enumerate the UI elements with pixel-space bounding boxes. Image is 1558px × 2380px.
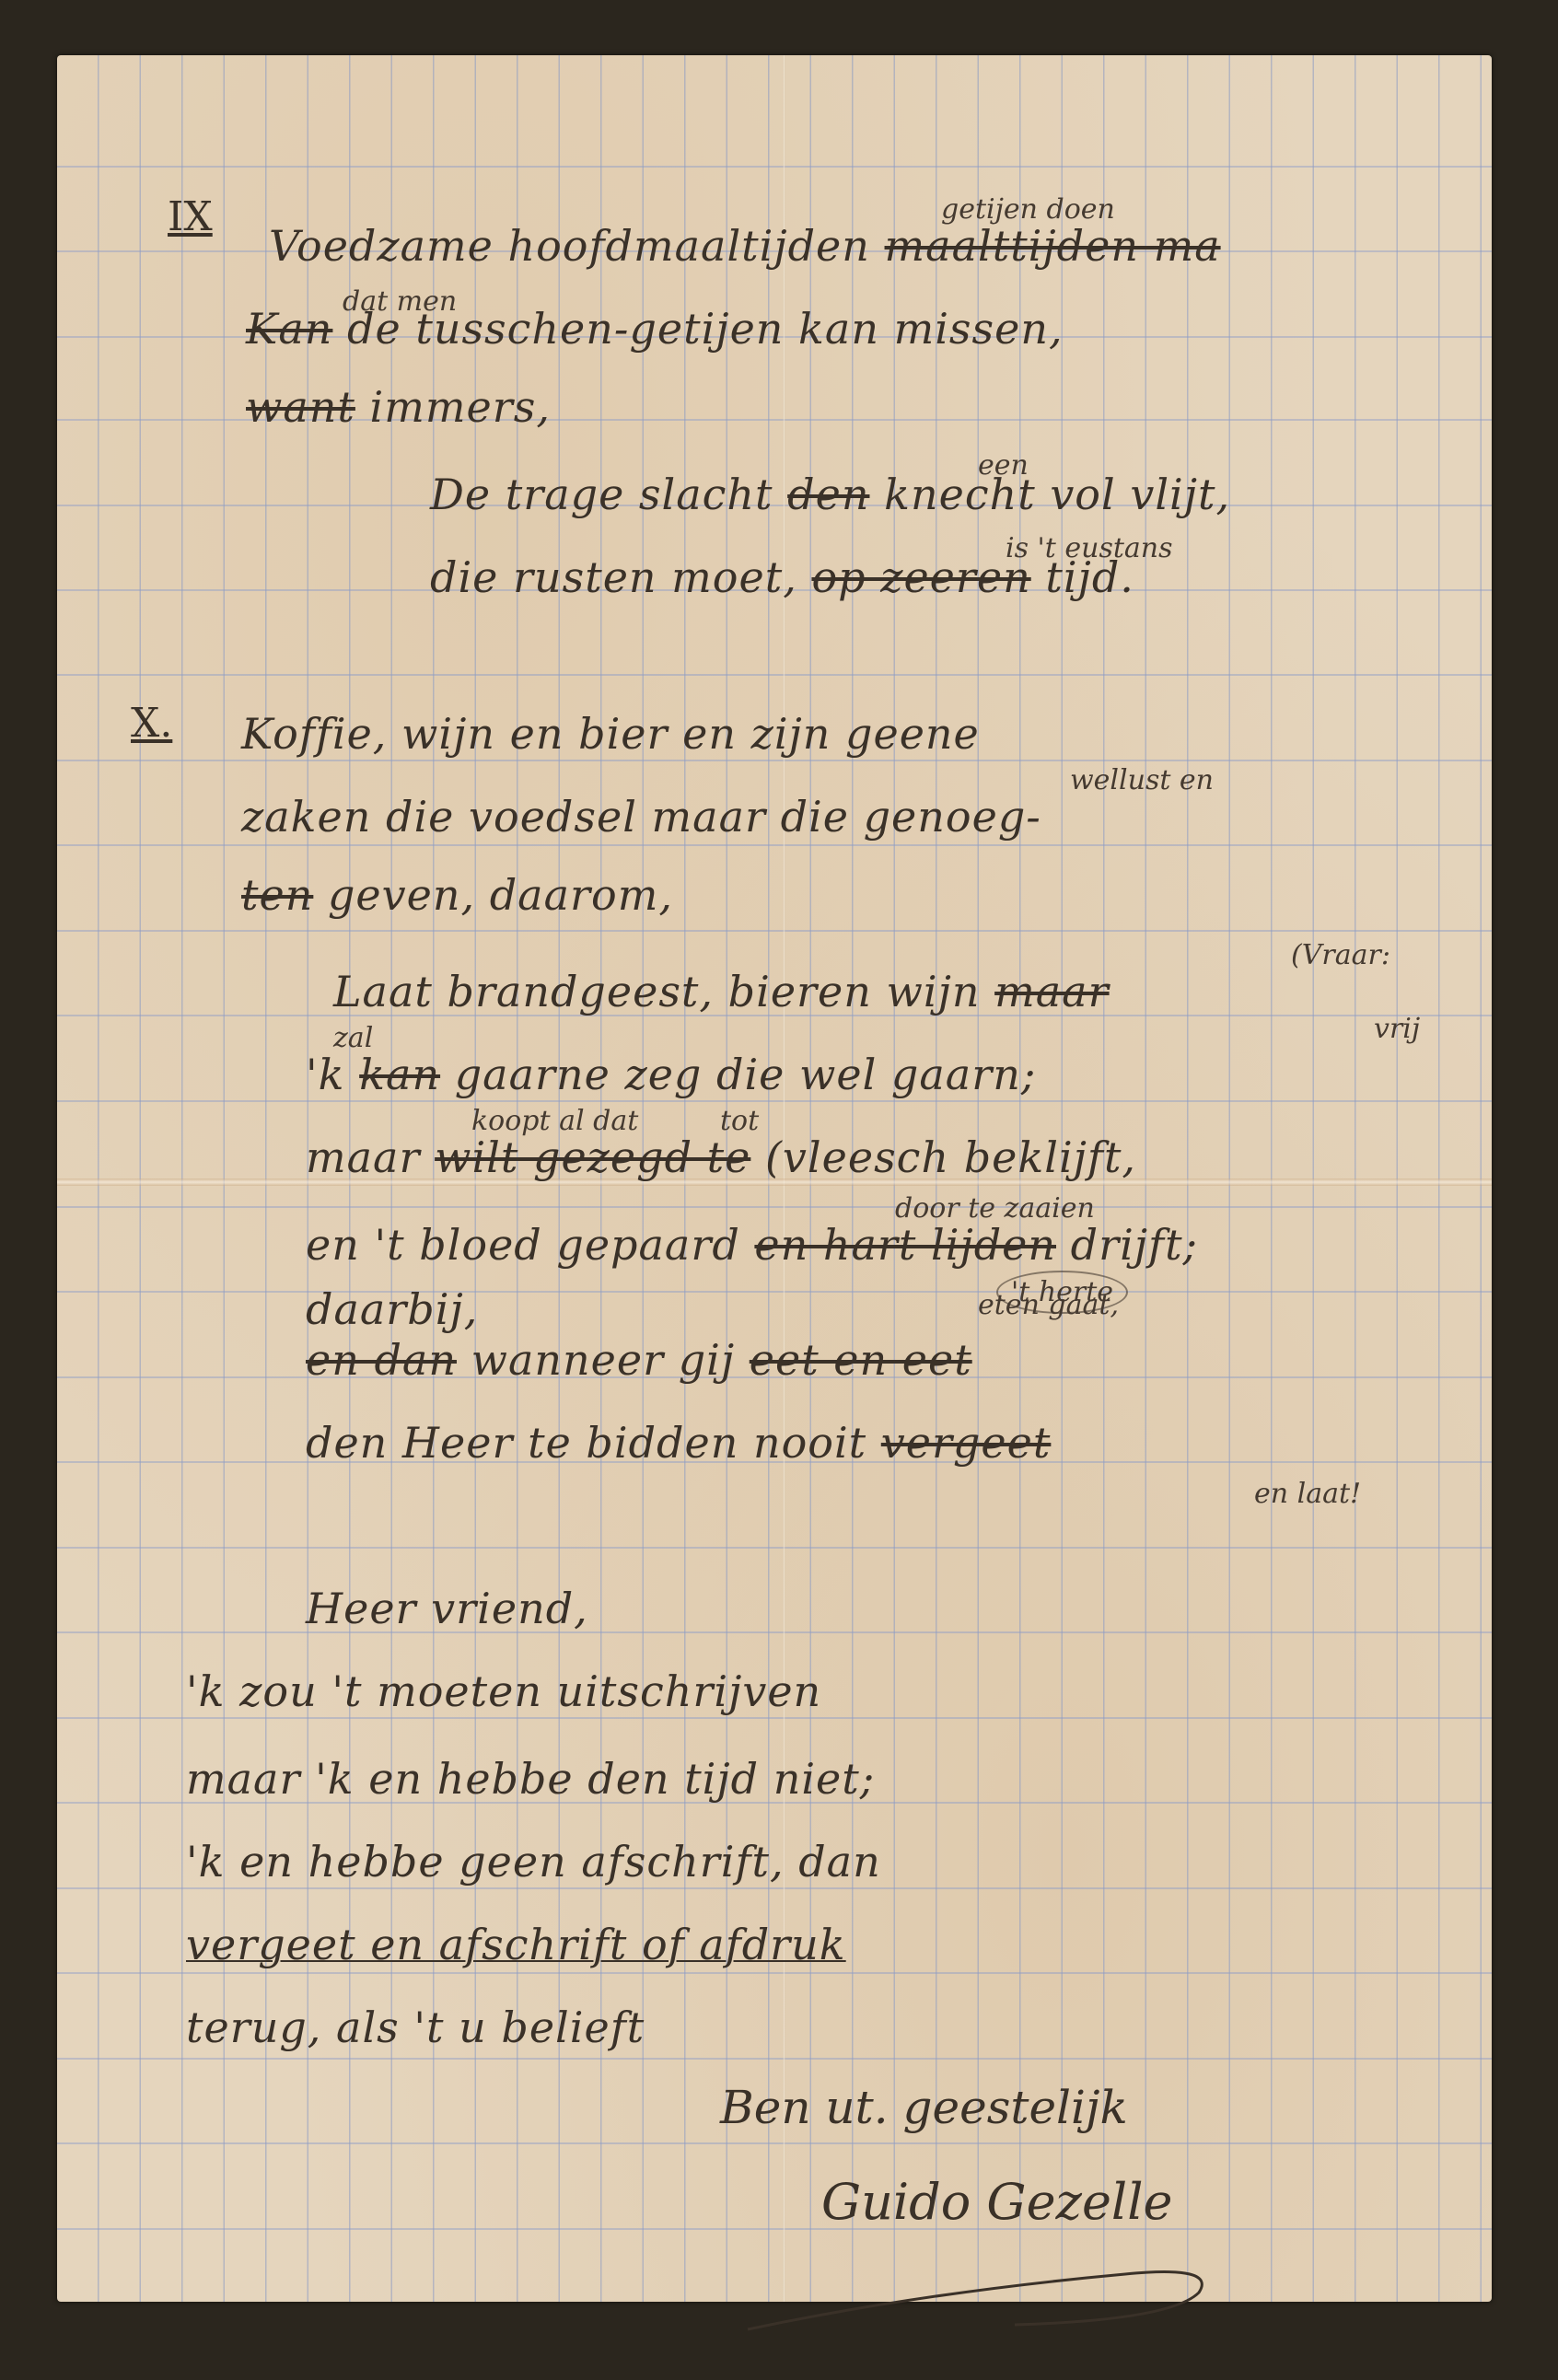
signature: Guido Gezelle: [821, 2173, 1172, 2231]
rule-line: [57, 674, 1492, 676]
body-line: 'k en hebbe geen afschrift, dan: [186, 1837, 881, 1887]
line-text: geven, daarom,: [328, 870, 673, 920]
line-text: knecht vol vlijt,: [884, 470, 1230, 519]
salutation: Heer vriend,: [306, 1584, 588, 1633]
text-line: want immers,: [246, 382, 551, 432]
rule-line: [57, 1631, 1492, 1633]
verse-line: daarbij,: [306, 1284, 478, 1334]
struck-text: wilt gezegd te: [435, 1132, 750, 1182]
line-text: genoeg-: [864, 792, 1041, 842]
text-line: Kan de tusschen-getijen kan missen,: [246, 304, 1064, 354]
section-numeral-x: X.: [131, 700, 172, 747]
insertion-below: vrij: [1374, 1013, 1420, 1045]
letter-page: IX getijen doen Voedzame hoofdmaaltijden…: [57, 55, 1492, 2302]
verse-line: den Heer te bidden nooit vergeet: [306, 1418, 1051, 1468]
verse-line: en dan wanneer gij eet en eet: [306, 1335, 972, 1385]
struck-text: vergeet: [881, 1418, 1052, 1468]
line-text: Voedzame hoofdmaaltijden: [269, 221, 870, 271]
struck-text: kan: [359, 1050, 440, 1099]
rule-line: [57, 930, 1492, 932]
rule-line: [57, 2228, 1492, 2230]
signature-flourish: [738, 2256, 1254, 2339]
rule-line: [57, 1717, 1492, 1719]
line-text: en 't bloed gepaard: [306, 1220, 740, 1270]
text-line: ten geven, daarom,: [241, 870, 673, 920]
struck-text: op zeeren: [811, 552, 1030, 602]
line-text: gaarne zeg die wel gaarn;: [455, 1050, 1037, 1099]
line-text: maar: [306, 1132, 420, 1182]
margin-note: (Vraar:: [1291, 939, 1390, 971]
line-text: die rusten moet,: [430, 552, 797, 602]
rule-line: [57, 1291, 1492, 1293]
line-text: vergeet en afschrift of afdruk: [186, 1920, 846, 1969]
line-text: den Heer te bidden nooit: [306, 1418, 866, 1468]
body-line: maar 'k en hebbe den tijd niet;: [186, 1754, 875, 1804]
line-text: Laat brandgeest, bieren wijn: [333, 967, 980, 1016]
text-line: zaken die voedsel maar die genoeg-: [241, 792, 1041, 842]
verse-line: maar wilt gezegd te (vleesch beklijft,: [306, 1132, 1136, 1182]
section-numeral-ix: IX: [168, 193, 213, 240]
rule-line: [57, 1547, 1492, 1549]
line-text: de tusschen-getijen kan missen,: [347, 304, 1064, 354]
struck-text: maar: [994, 967, 1109, 1016]
rule-line: [57, 1206, 1492, 1208]
rule-line: [57, 760, 1492, 761]
struck-text: want: [246, 382, 355, 432]
struck-text: eet en eet: [750, 1335, 972, 1385]
line-text: wanneer gij: [471, 1335, 736, 1385]
verse-line: die rusten moet, op zeeren tijd.: [430, 552, 1134, 602]
body-line: vergeet en afschrift of afdruk: [186, 1920, 846, 1969]
verse-line: 'k kan gaarne zeg die wel gaarn;: [306, 1050, 1036, 1099]
valediction: Ben ut. geestelijk: [720, 2081, 1128, 2134]
insertion-below: en laat!: [1254, 1478, 1361, 1510]
body-line: 'k zou 't moeten uitschrijven: [186, 1666, 821, 1716]
rule-line: [57, 1887, 1492, 1889]
text-line: Koffie, wijn en bier en zijn geene: [241, 709, 980, 759]
struck-text: en dan: [306, 1335, 457, 1385]
rule-line: [57, 2058, 1492, 2060]
verse-line: De trage slacht den knecht vol vlijt,: [430, 470, 1230, 519]
line-text: drijft;: [1071, 1220, 1198, 1270]
line-text: zaken die voedsel maar die: [241, 792, 849, 842]
rule-line: [57, 1972, 1492, 1974]
line-text: 'k: [306, 1050, 345, 1099]
struck-text: den: [787, 470, 869, 519]
rule-line: [57, 1100, 1492, 1102]
line-text: immers,: [370, 382, 551, 432]
insertion-above: eten gaat,: [978, 1289, 1119, 1321]
line-text: tijd.: [1045, 552, 1134, 602]
rule-line: [57, 166, 1492, 168]
rule-line: [57, 2142, 1492, 2144]
struck-text: ten: [241, 870, 313, 920]
line-text: De trage slacht: [430, 470, 773, 519]
body-line: terug, als 't u belieft: [186, 2003, 645, 2052]
line-text: (vleesch beklijft,: [765, 1132, 1136, 1182]
struck-text: Kan: [246, 304, 332, 354]
text-line: Voedzame hoofdmaaltijden maalttijden ma: [269, 221, 1221, 271]
struck-text: maalttijden ma: [885, 221, 1221, 271]
verse-line: Laat brandgeest, bieren wijn maar: [333, 967, 1110, 1016]
rule-line: [57, 844, 1492, 846]
insertion-above: wellust en: [1070, 764, 1214, 796]
struck-text: en hart lijden: [754, 1220, 1056, 1270]
verse-line: en 't bloed gepaard en hart lijden drijf…: [306, 1220, 1198, 1270]
